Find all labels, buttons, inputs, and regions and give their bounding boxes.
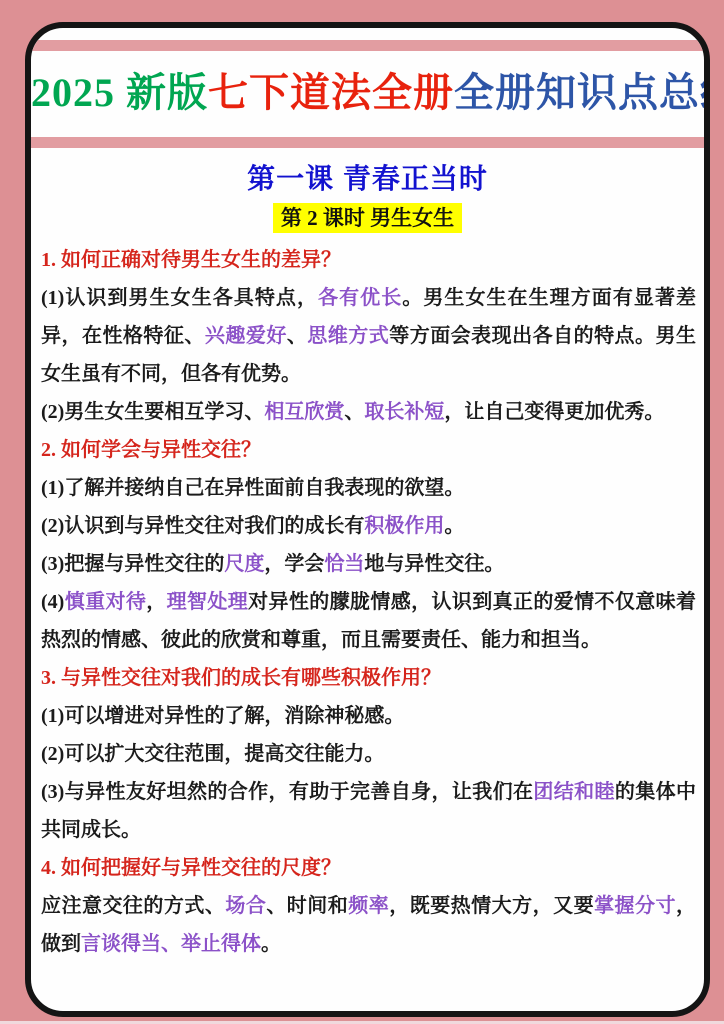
keyword-highlight: 掌握分寸 bbox=[594, 895, 676, 917]
document-card: 2025 新版七下道法全册全册知识点总结 第一课 青春正当时 第 2 课时 男生… bbox=[25, 22, 710, 1017]
period-highlight: 第 2 课时 男生女生 bbox=[273, 203, 462, 233]
text-segment: (1)认识到男生女生各具特点， bbox=[41, 287, 318, 309]
text-segment: (2)男生女生要相互学习、 bbox=[41, 401, 264, 423]
text-segment: (1)可以增进对异性的了解，消除神秘感。 bbox=[41, 705, 404, 727]
text-segment: 、 bbox=[344, 401, 364, 423]
keyword-highlight: 场合 bbox=[225, 895, 266, 917]
question-heading: 2. 如何学会与异性交往？ bbox=[41, 431, 696, 469]
text-segment: ，让自己变得更加优秀。 bbox=[444, 401, 664, 423]
text-segment: 、时间和 bbox=[266, 895, 348, 917]
title-part-blue: 全册知识点总结 bbox=[454, 70, 710, 115]
question-heading: 4. 如何把握好与异性交往的尺度？ bbox=[41, 849, 696, 887]
page-background: { "title": { "part1": "2025 新版", "part2"… bbox=[0, 0, 724, 1024]
text-segment: 3. 与异性交往对我们的成长有哪些积极作用？ bbox=[41, 667, 441, 689]
text-segment: 应注意交往的方式、 bbox=[41, 895, 225, 917]
title-part-green: 2025 新版 bbox=[31, 70, 208, 115]
keyword-highlight: 团结和睦 bbox=[533, 781, 615, 803]
content-area: 1. 如何正确对待男生女生的差异？(1)认识到男生女生各具特点，各有优长。男生女… bbox=[41, 241, 696, 963]
answer-paragraph: (1)了解并接纳自己在异性面前自我表现的欲望。 bbox=[41, 469, 696, 507]
keyword-highlight: 频率 bbox=[348, 895, 389, 917]
text-segment: (1)了解并接纳自己在异性面前自我表现的欲望。 bbox=[41, 477, 464, 499]
text-segment: 地与异性交往。 bbox=[364, 553, 504, 575]
divider-accent-bar bbox=[31, 137, 704, 148]
keyword-highlight: 思维方式 bbox=[307, 325, 389, 347]
text-segment: 。 bbox=[444, 515, 464, 537]
question-heading: 1. 如何正确对待男生女生的差异？ bbox=[41, 241, 696, 279]
answer-paragraph: (1)认识到男生女生各具特点，各有优长。男生女生在生理方面有显著差异，在性格特征… bbox=[41, 279, 696, 393]
keyword-highlight: 相互欣赏 bbox=[264, 401, 344, 423]
text-segment: (2)认识到与异性交往对我们的成长有 bbox=[41, 515, 364, 537]
answer-paragraph: (2)认识到与异性交往对我们的成长有积极作用。 bbox=[41, 507, 696, 545]
text-segment: 、 bbox=[287, 325, 307, 347]
text-segment: (2)可以扩大交往范围，提高交往能力。 bbox=[41, 743, 384, 765]
text-segment: (3)与异性友好坦然的合作，有助于完善自身，让我们在 bbox=[41, 781, 533, 803]
text-segment: ，既要热情大方，又要 bbox=[389, 895, 594, 917]
keyword-highlight: 言谈得当、举止得体 bbox=[81, 933, 261, 955]
answer-paragraph: (2)可以扩大交往范围，提高交往能力。 bbox=[41, 735, 696, 773]
answer-paragraph: (3)与异性友好坦然的合作，有助于完善自身，让我们在团结和睦的集体中共同成长。 bbox=[41, 773, 696, 849]
text-segment: 。 bbox=[261, 933, 281, 955]
period-row: 第 2 课时 男生女生 bbox=[31, 203, 704, 233]
text-segment: ， bbox=[146, 591, 166, 613]
answer-paragraph: (2)男生女生要相互学习、相互欣赏、取长补短，让自己变得更加优秀。 bbox=[41, 393, 696, 431]
keyword-highlight: 慎重对待 bbox=[64, 591, 146, 613]
answer-paragraph: (1)可以增进对异性的了解，消除神秘感。 bbox=[41, 697, 696, 735]
text-segment: 4. 如何把握好与异性交往的尺度？ bbox=[41, 857, 341, 879]
text-segment: 1. 如何正确对待男生女生的差异？ bbox=[41, 249, 341, 271]
answer-paragraph: (3)把握与异性交往的尺度，学会恰当地与异性交往。 bbox=[41, 545, 696, 583]
lesson-title: 第一课 青春正当时 bbox=[31, 160, 704, 198]
keyword-highlight: 取长补短 bbox=[364, 401, 444, 423]
keyword-highlight: 积极作用 bbox=[364, 515, 444, 537]
answer-paragraph: (4)慎重对待，理智处理对异性的朦胧情感，认识到真正的爱情不仅意味着热烈的情感、… bbox=[41, 583, 696, 659]
keyword-highlight: 恰当 bbox=[324, 553, 364, 575]
title-part-red: 七下道法全册 bbox=[208, 70, 454, 115]
keyword-highlight: 理智处理 bbox=[167, 591, 249, 613]
keyword-highlight: 各有优长 bbox=[318, 287, 402, 309]
text-segment: ，学会 bbox=[264, 553, 324, 575]
keyword-highlight: 兴趣爱好 bbox=[205, 325, 287, 347]
text-segment: (3)把握与异性交往的 bbox=[41, 553, 224, 575]
top-accent-bar bbox=[31, 40, 704, 51]
question-heading: 3. 与异性交往对我们的成长有哪些积极作用？ bbox=[41, 659, 696, 697]
text-segment: (4) bbox=[41, 591, 64, 613]
answer-paragraph: 应注意交往的方式、场合、时间和频率，既要热情大方，又要掌握分寸，做到言谈得当、举… bbox=[41, 887, 696, 963]
keyword-highlight: 尺度 bbox=[224, 553, 264, 575]
document-title: 2025 新版七下道法全册全册知识点总结 bbox=[31, 60, 704, 126]
text-segment: 2. 如何学会与异性交往？ bbox=[41, 439, 261, 461]
